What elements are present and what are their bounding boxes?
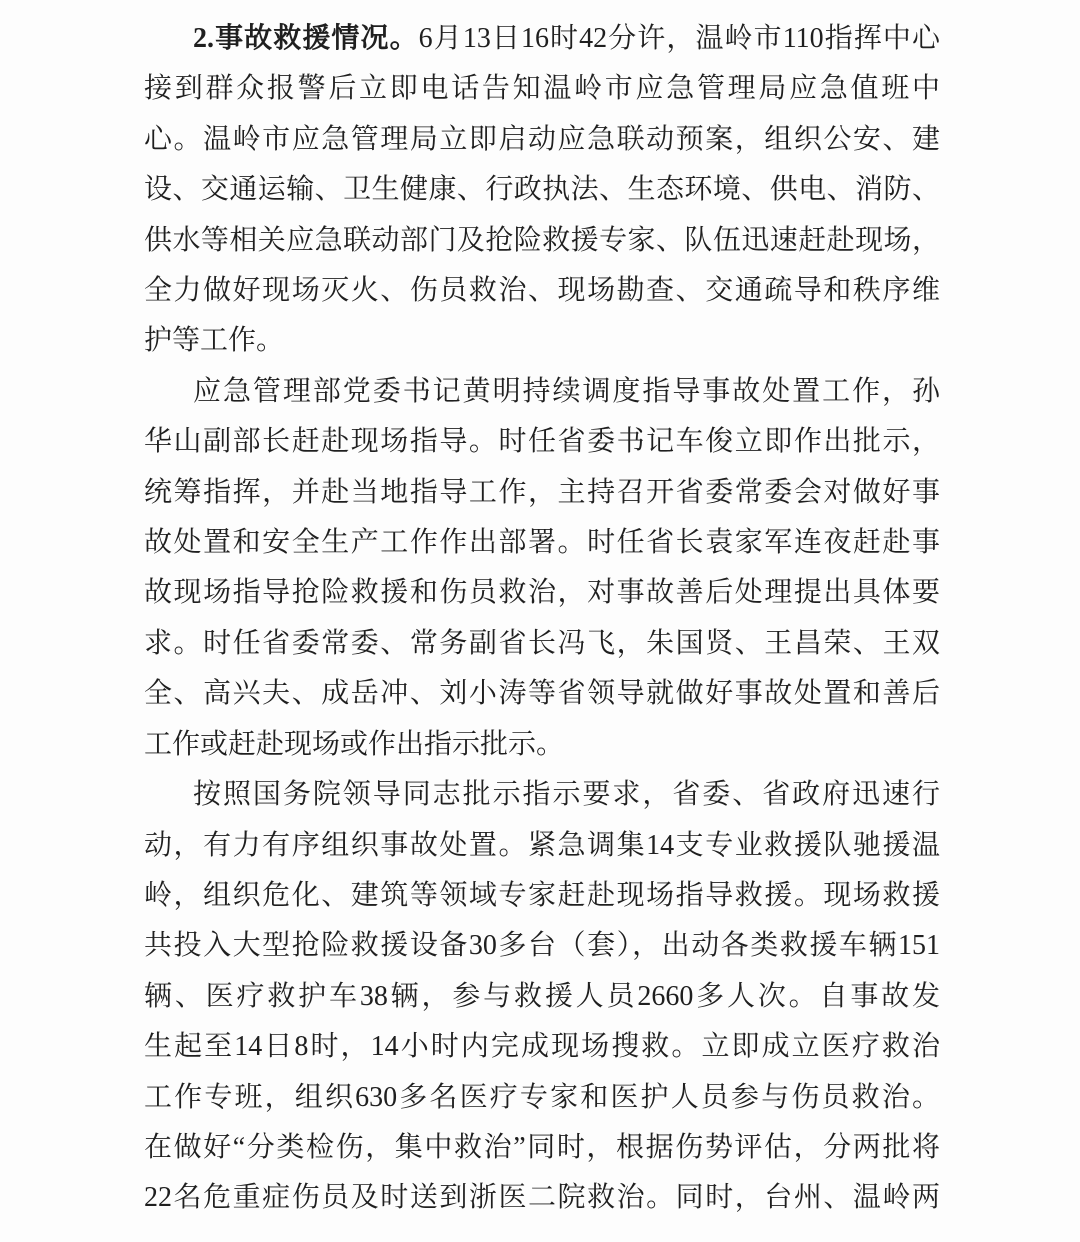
text-line: 岭，组织危化、建筑等领域专家赶赴现场指导救援。现场救援 — [144, 871, 940, 921]
document-page: 2.事故救援情况。6月13日16时42分许，温岭市110指挥中心接到群众报警后立… — [0, 0, 1080, 1242]
text-line: 工作或赶赴现场或作出指示批示。 — [144, 720, 940, 770]
text-line: 生起至14日8时，14小时内完成现场搜救。立即成立医疗救治 — [144, 1022, 940, 1072]
text-line: 统筹指挥，并赴当地指导工作，主持召开省委常委会对做好事 — [144, 468, 940, 518]
text-line: 接到群众报警后立即电话告知温岭市应急管理局应急值班中 — [144, 64, 940, 114]
text-line: 2.事故救援情况。6月13日16时42分许，温岭市110指挥中心 — [144, 14, 940, 64]
text-line: 故处置和安全生产工作作出部署。时任省长袁家军连夜赶赴事 — [144, 518, 940, 568]
text-line: 心。温岭市应急管理局立即启动应急联动预案，组织公安、建 — [144, 115, 940, 165]
paragraph: 按照国务院领导同志批示指示要求，省委、省政府迅速行动，有力有序组织事故处置。紧急… — [144, 770, 940, 1224]
text-line: 动，有力有序组织事故处置。紧急调集14支专业救援队驰援温 — [144, 821, 940, 871]
text-line: 护等工作。 — [144, 316, 940, 366]
section-heading: 2.事故救援情况。 — [193, 23, 419, 54]
text-line: 按照国务院领导同志批示指示要求，省委、省政府迅速行 — [144, 770, 940, 820]
paragraph: 应急管理部党委书记黄明持续调度指导事故处置工作，孙华山副部长赶赴现场指导。时任省… — [144, 367, 940, 770]
text-line: 故现场指导抢险救援和伤员救治，对事故善后处理提出具体要 — [144, 568, 940, 618]
text-line: 求。时任省委常委、常务副省长冯飞，朱国贤、王昌荣、王双 — [144, 619, 940, 669]
text-line: 全力做好现场灭火、伤员救治、现场勘查、交通疏导和秩序维 — [144, 266, 940, 316]
text-line: 工作专班，组织630多名医疗专家和医护人员参与伤员救治。 — [144, 1073, 940, 1123]
text-line: 设、交通运输、卫生健康、行政执法、生态环境、供电、消防、 — [144, 165, 940, 215]
text-line: 全、高兴夫、成岳冲、刘小涛等省领导就做好事故处置和善后 — [144, 669, 940, 719]
text-line: 应急管理部党委书记黄明持续调度指导事故处置工作，孙 — [144, 367, 940, 417]
text-line: 在做好“分类检伤，集中救治”同时，根据伤势评估，分两批将 — [144, 1123, 940, 1173]
text-line: 供水等相关应急联动部门及抢险救援专家、队伍迅速赶赴现场， — [144, 216, 940, 266]
text-line: 22名危重症伤员及时送到浙医二院救治。同时，台州、温岭两 — [144, 1173, 940, 1223]
document-content: 2.事故救援情况。6月13日16时42分许，温岭市110指挥中心接到群众报警后立… — [144, 14, 940, 1224]
text-line: 辆、医疗救护车38辆，参与救援人员2660多人次。自事故发 — [144, 972, 940, 1022]
text-line: 共投入大型抢险救援设备30多台（套），出动各类救援车辆151 — [144, 921, 940, 971]
paragraph: 2.事故救援情况。6月13日16时42分许，温岭市110指挥中心接到群众报警后立… — [144, 14, 940, 367]
text-line: 华山副部长赶赴现场指导。时任省委书记车俊立即作出批示， — [144, 417, 940, 467]
line-text: 6月13日16时42分许，温岭市110指挥中心 — [419, 23, 940, 54]
